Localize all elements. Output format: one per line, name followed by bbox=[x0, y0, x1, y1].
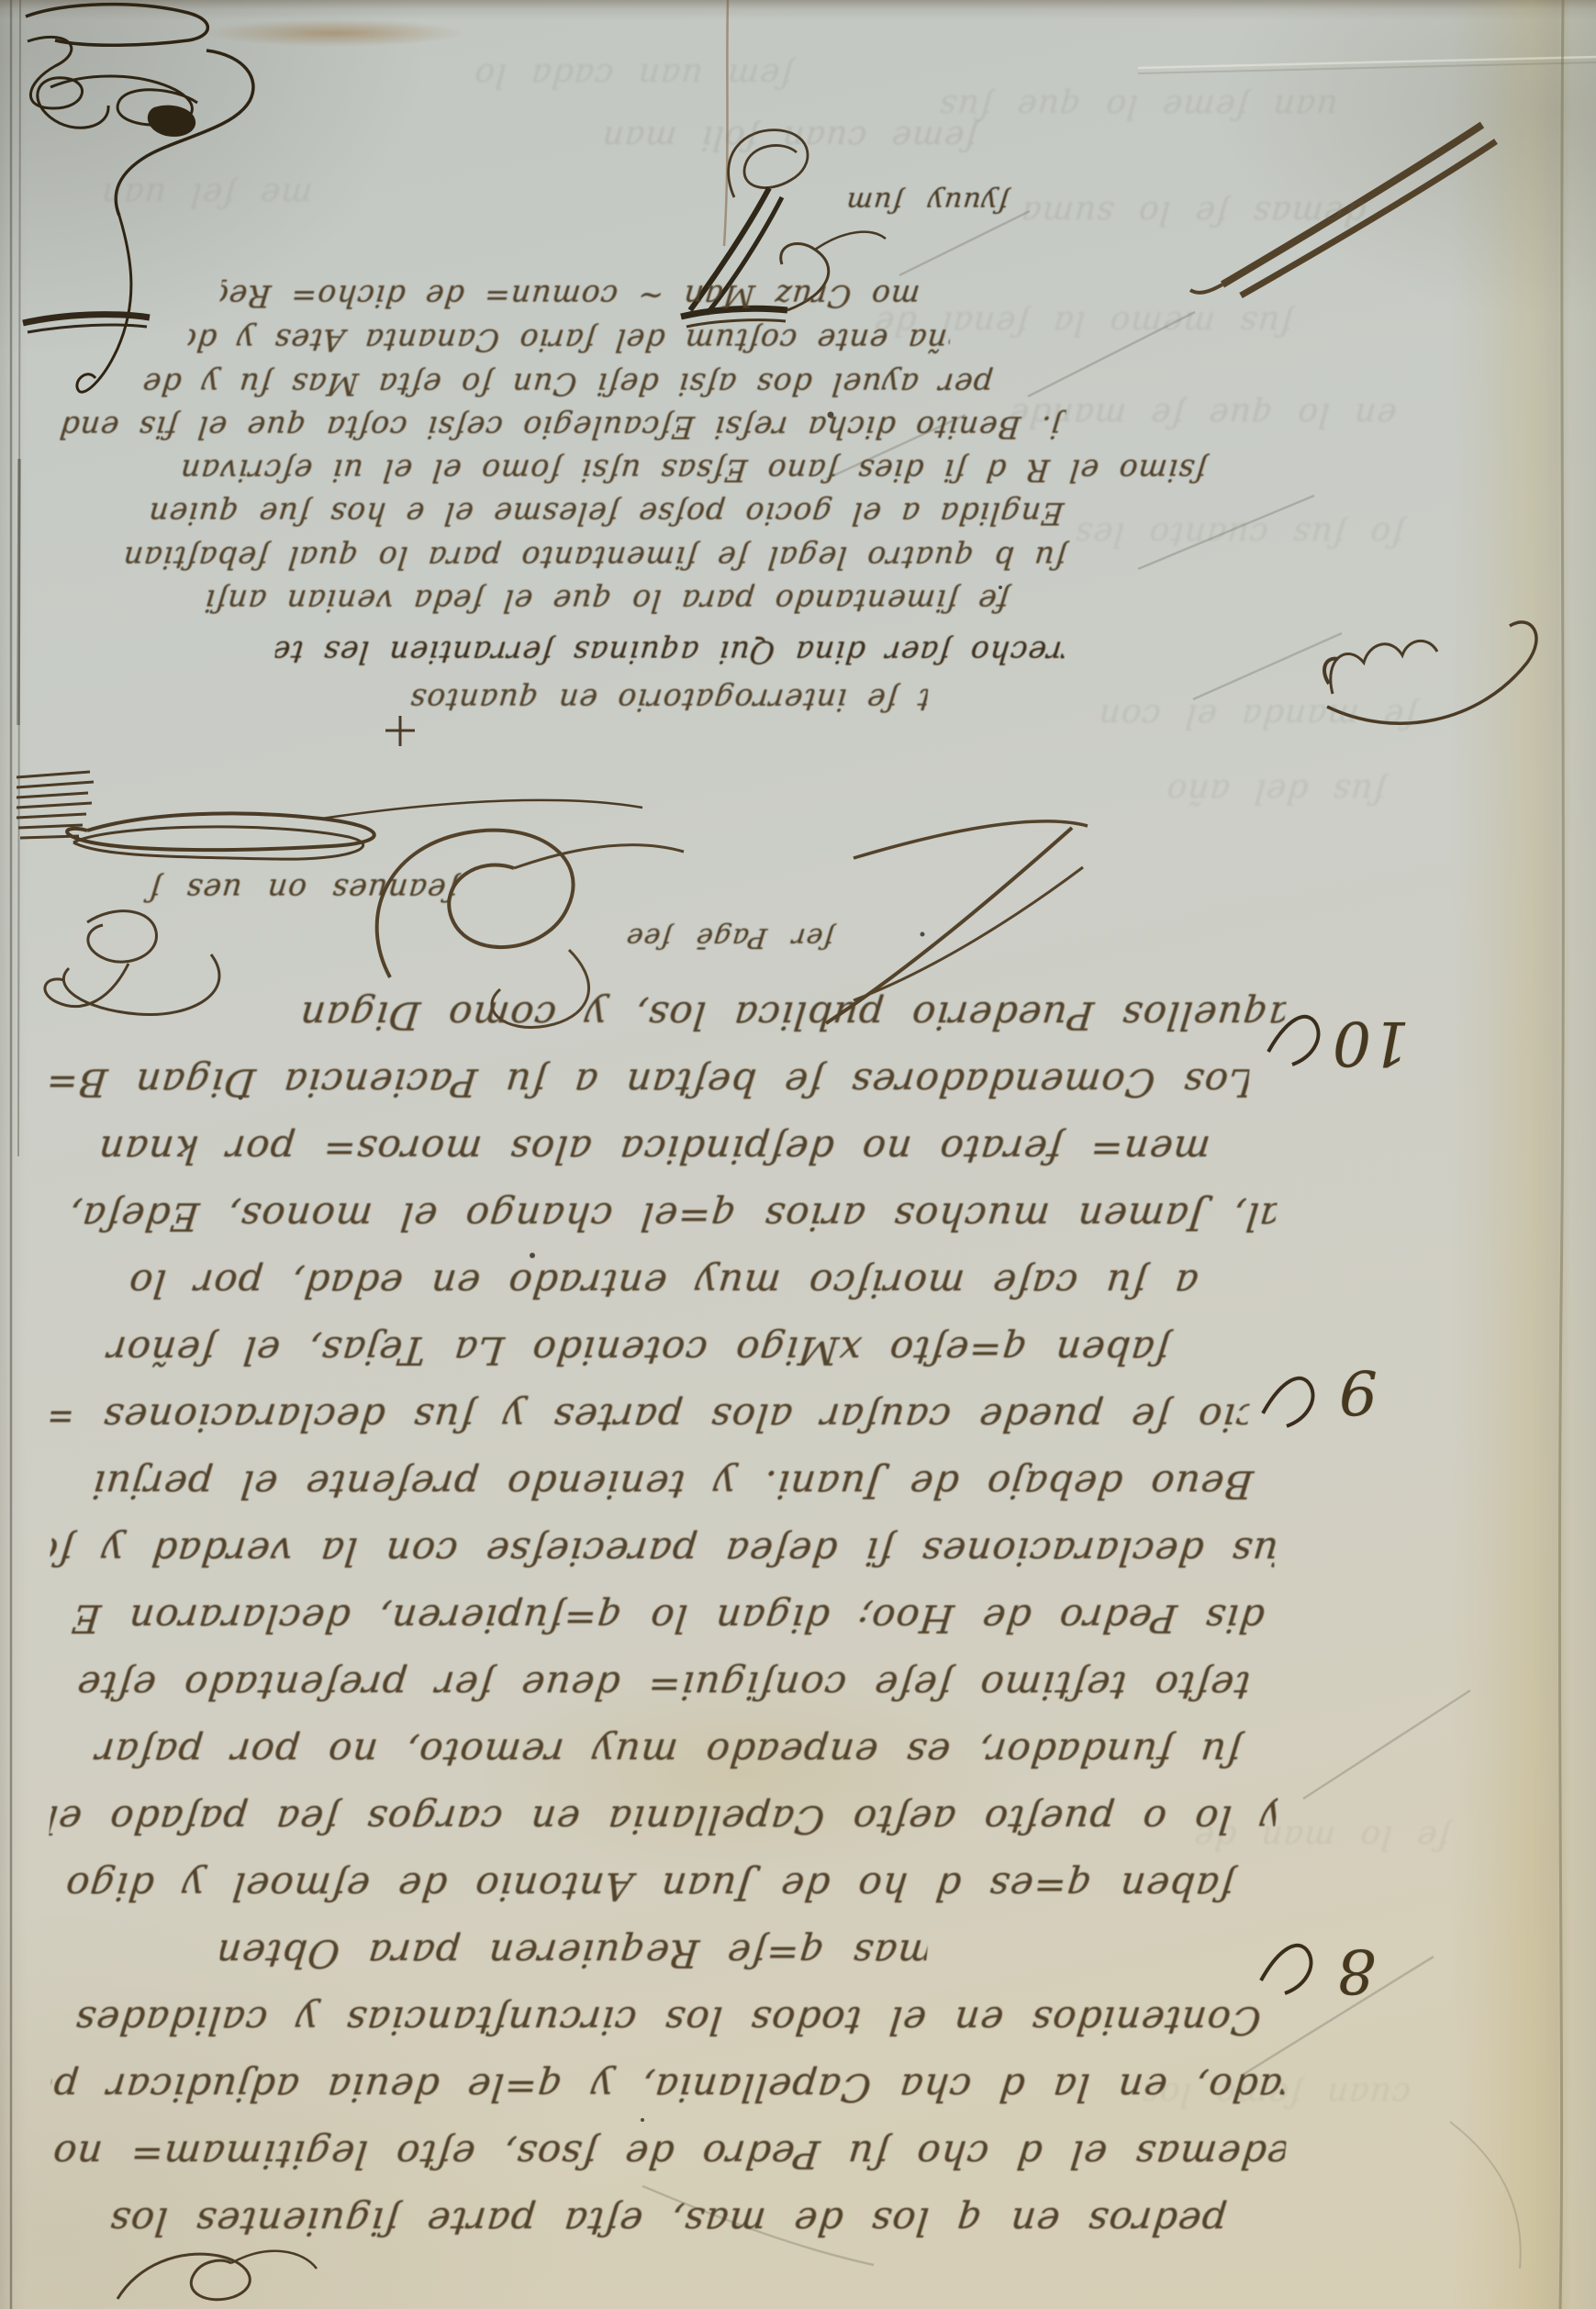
manuscript-line-block1: ſu b quatro legal ſe ſimentanto para lo … bbox=[30, 537, 1159, 579]
manuscript-line-block2: teſto teſtimo ſeſe conſigui= deue ſer pr… bbox=[48, 1659, 1278, 1712]
showthrough-ghost-line: demas ſe lo suma bbox=[971, 191, 1415, 235]
signature-script-fragment: ſer Pagē ſee bbox=[586, 918, 875, 958]
manuscript-line-block2: a ſu caſe moriſco muy entrado en edad, p… bbox=[48, 1257, 1278, 1311]
manuscript-line-block2: Ademas q=ſe Requieren para Obtenerlo bbox=[218, 1927, 930, 1980]
manuscript-line-block1: per ayuel dos aſsi deſi Cun ſo eſta Mas … bbox=[134, 363, 1001, 406]
manuscript-page: amo Cruz Man ~ comun= de dicho= Reçiſeña… bbox=[0, 0, 1596, 2309]
manuscript-line-block2: dis Pedro de Hoo; digan lo q=ſupieren, d… bbox=[48, 1592, 1288, 1645]
manuscript-line-block2: ſaben q=eſto xMigo cotenido La Tejas, el… bbox=[48, 1324, 1228, 1378]
showthrough-ghost-line: en lo que ſe mande bbox=[962, 393, 1443, 437]
manuscript-line-block2: Contenidos en el todos los circunſtancia… bbox=[48, 1994, 1288, 2047]
manuscript-line-block1: mi te et ſe interrogatorio en quantos ne… bbox=[393, 679, 930, 721]
manuscript-line-block2: Los Comendadores ſe beſtan a ſu Pacienci… bbox=[48, 1056, 1251, 1110]
showthrough-ghost-line: ſus del año bbox=[1099, 769, 1452, 813]
manuscript-line-block2: pedros en q los de mas, eſta parte ſigui… bbox=[48, 2195, 1288, 2248]
manuscript-line-block1: fe ſimentando para lo que el ſeda venian… bbox=[79, 580, 1134, 622]
signature-script-fragment: ſeanues on ues ſ bbox=[44, 870, 563, 910]
showthrough-ghost-line: uan ſeme lo que ſus bbox=[898, 84, 1378, 128]
margin-item-number-8: 8 bbox=[1318, 1920, 1395, 2023]
showthrough-ghost-line: ſo ſus cuanto les bbox=[1026, 512, 1452, 556]
manuscript-line-block2: ſaben q=es d ho de Juan Antonio de eſmoe… bbox=[48, 1860, 1251, 1913]
manuscript-line-block2: Beuo debajo de Juani. y teniendo preſent… bbox=[48, 1458, 1297, 1511]
margin-item-number-10: 10 bbox=[1325, 993, 1417, 1094]
manuscript-line-block1: Sorrecho ſaer dina Qui aquinas ſerrantie… bbox=[273, 631, 1067, 674]
manuscript-line-block2: men= ferato no deſpindica alos moros= po… bbox=[48, 1123, 1260, 1177]
manuscript-line-block2: Ytt aquellos Puederio publica los, y com… bbox=[300, 989, 1288, 1043]
manuscript-line-block2: ſus declaraciones ſi deſea parecieſse co… bbox=[48, 1525, 1278, 1578]
margin-item-number-9: 9 bbox=[1320, 1342, 1397, 1443]
manuscript-line-block2: redemas el d cho ſu Pedro de ſsos, eſto … bbox=[48, 2128, 1288, 2181]
manuscript-line-block1: j. Benito dicha reſsi Eſcaulegio ceſsi c… bbox=[53, 407, 1067, 449]
manuscript-line-block1: ſsimo el R d ſi dies ſano Eſsas uſsi ſom… bbox=[30, 450, 1356, 492]
manuscript-line-block2: cio ſe puede cauſar alos partes y ſus de… bbox=[48, 1391, 1251, 1445]
manuscript-line-block1: Englida a el gocio poſse ſelesme el e ho… bbox=[30, 493, 1182, 535]
showthrough-ghost-line: me ſel uan bbox=[53, 173, 360, 217]
manuscript-line-block2: ſu fundador, es enpeado muy remoto, no p… bbox=[48, 1726, 1288, 1779]
showthrough-ghost-line: ſe manda el con bbox=[1063, 694, 1452, 738]
showthrough-ghost-line: ſe lo man de bbox=[1145, 1815, 1498, 1859]
manuscript-line-block2: qual, Jamen muchos arios q=el chango el … bbox=[48, 1190, 1278, 1244]
showthrough-ghost-line: cuan ſeme los bbox=[1081, 2072, 1470, 2116]
manuscript-line-block1: amo Cruz Man ~ comun= de dicho= Reçi bbox=[218, 275, 921, 318]
showthrough-ghost-line: ſus memo la ſenal de bbox=[824, 301, 1342, 345]
showthrough-ghost-line: ſem uan cada lo bbox=[439, 53, 828, 97]
manuscript-line-block2: y lo o pueſto aeſto Capellania en cargos… bbox=[48, 1793, 1278, 1846]
